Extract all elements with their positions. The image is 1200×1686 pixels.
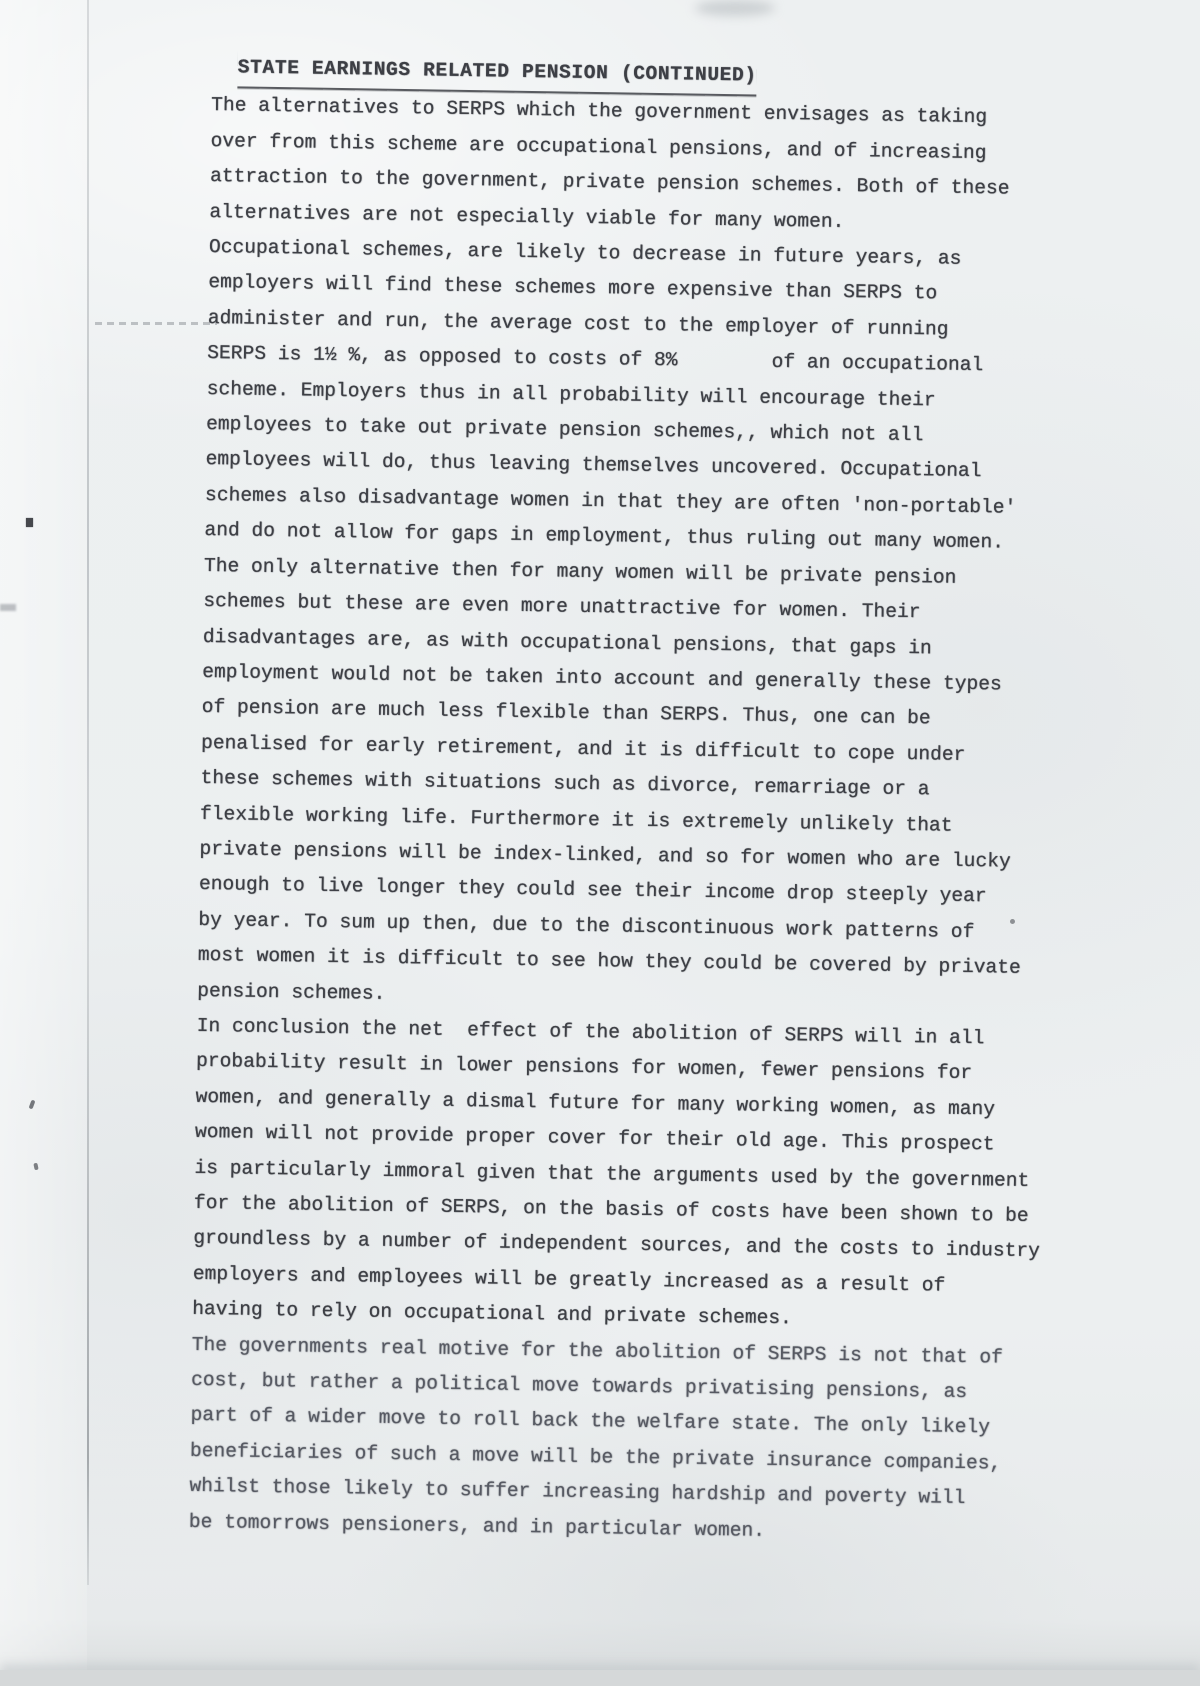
- scan-bottom-shadow: [0, 1670, 1200, 1686]
- paragraph: The governments real motive for the abol…: [189, 1327, 1092, 1554]
- paragraph: Occupational schemes, are likely to decr…: [197, 230, 1109, 1023]
- scan-ink-mark: [26, 518, 33, 527]
- scan-left-edge: [0, 0, 87, 1686]
- scan-margin-dashes: [95, 322, 217, 325]
- paragraph: The alternatives to SERPS which the gove…: [209, 88, 1111, 244]
- typewritten-text-block: STATE EARNINGS RELATED PENSION (CONTINUE…: [189, 50, 1112, 1554]
- scanned-page: STATE EARNINGS RELATED PENSION (CONTINUE…: [0, 0, 1200, 1686]
- scan-top-smudge: [695, 0, 775, 16]
- scan-edge-mark: [0, 604, 16, 611]
- paragraph: In conclusion the net effect of the abol…: [192, 1009, 1097, 1342]
- scan-crease-line: [87, 0, 89, 1585]
